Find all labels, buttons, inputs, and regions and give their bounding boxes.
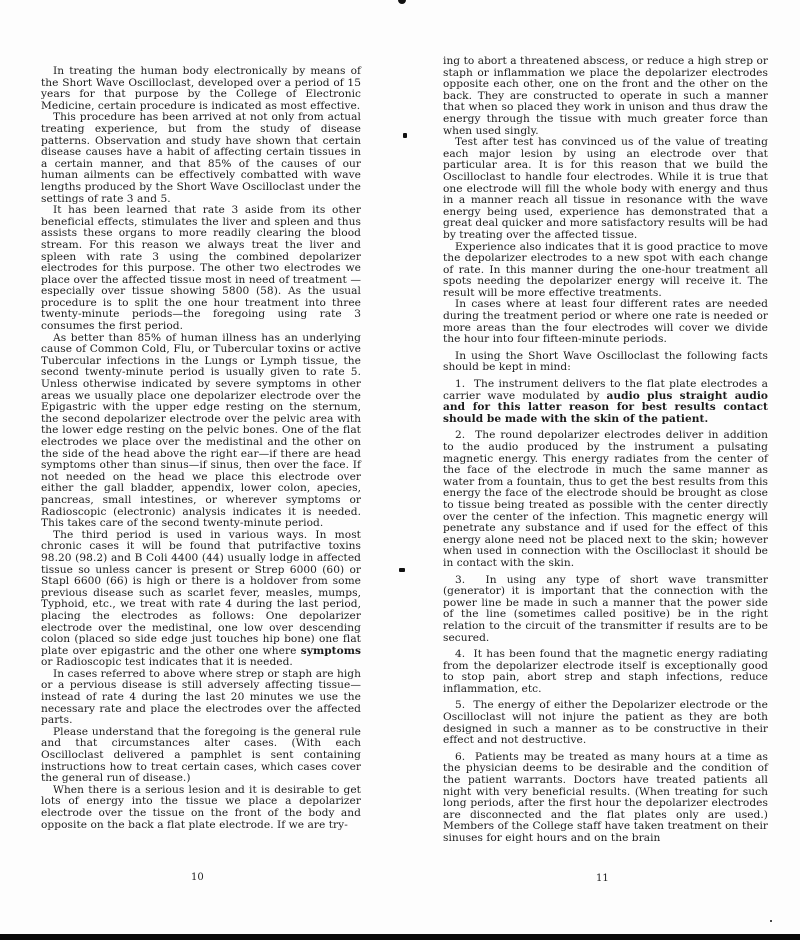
scan-artifact-dot: [403, 133, 407, 138]
numbered-fact: 1. The instrument delivers to the flat p…: [443, 379, 768, 425]
paragraph: When there is a serious lesion and it is…: [41, 785, 361, 831]
facts-list: 1. The instrument delivers to the flat p…: [443, 379, 768, 845]
paragraph: In treating the human body electronicall…: [41, 66, 361, 112]
numbered-fact: 2. The round depolarizer electrodes deli…: [443, 430, 768, 569]
fact-number: 5.: [455, 699, 473, 711]
numbered-fact: 3. In using any type of short wave trans…: [443, 575, 768, 645]
emphasis: symptoms: [301, 645, 361, 657]
emphasis: audio plus straight audio and for this l…: [443, 390, 768, 425]
scan-artifact-mark: [398, 0, 406, 4]
paragraph: In using the Short Wave Oscilloclast the…: [443, 351, 768, 374]
fact-number: 3.: [455, 574, 485, 586]
scan-artifact-dot: [399, 568, 405, 572]
paragraph: Test after test has convinced us of the …: [443, 137, 768, 241]
paragraph: In cases where at least four different r…: [443, 299, 768, 345]
fact-number: 1.: [455, 378, 474, 390]
scan-bottom-edge: [0, 934, 800, 940]
numbered-fact: 4. It has been found that the magnetic e…: [443, 649, 768, 695]
right-page-column: ing to abort a threatened abscess, or re…: [443, 56, 768, 845]
fact-number: 4.: [455, 648, 474, 660]
paragraph: ing to abort a threatened abscess, or re…: [443, 56, 768, 137]
paragraph: The third period is used in various ways…: [41, 530, 361, 669]
paragraph: Please understand that the foregoing is …: [41, 727, 361, 785]
scan-artifact-dot: [770, 920, 772, 922]
page-number-right: 11: [596, 873, 609, 884]
document-spread: In treating the human body electronicall…: [0, 0, 800, 940]
paragraph: It has been learned that rate 3 aside fr…: [41, 205, 361, 333]
paragraph: Experience also indicates that it is goo…: [443, 242, 768, 300]
paragraph: As better than 85% of human illness has …: [41, 333, 361, 530]
numbered-fact: 5. The energy of either the Depolarizer …: [443, 700, 768, 746]
numbered-fact: 6. Patients may be treated as many hours…: [443, 752, 768, 845]
paragraph: This procedure has been arrived at not o…: [41, 112, 361, 205]
fact-number: 6.: [455, 751, 475, 763]
fact-number: 2.: [455, 429, 475, 441]
left-page-column: In treating the human body electronicall…: [41, 66, 361, 831]
page-number-left: 10: [191, 872, 204, 883]
paragraph: In cases referred to above where strep o…: [41, 669, 361, 727]
